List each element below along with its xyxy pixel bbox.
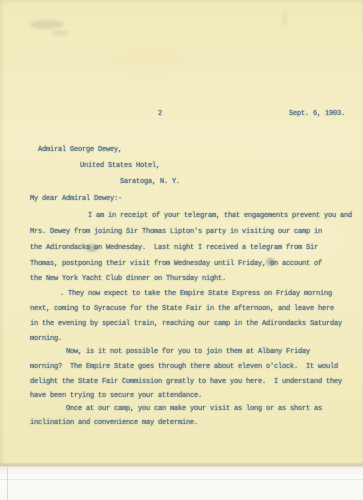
- body-p3-line3: delight the State Fair Commission greatl…: [30, 378, 342, 387]
- paper-streak: [283, 10, 287, 26]
- body-p1-line5: the New York Yacht Club dinner on Thursd…: [30, 275, 226, 284]
- body-p1-line2: Mrs. Dewey from joining Sir Thomas Lipto…: [30, 228, 322, 237]
- letter-paper: 2 Sept. 6, 1903. Admiral George Dewey, U…: [0, 0, 363, 466]
- body-p2-line3: in the evening by special train, reachin…: [30, 320, 342, 329]
- body-p2-line2: next, coming to Syracuse for the State F…: [30, 305, 334, 314]
- date-line: Sept. 6, 1903.: [289, 110, 345, 119]
- scan-artifact-line: [0, 479, 363, 480]
- body-p3-line2: morning? The Empire State goes through t…: [30, 363, 338, 372]
- scanner-background: [0, 467, 363, 500]
- pencil-smudge: [30, 20, 64, 29]
- scan-artifact-line: [7, 467, 8, 500]
- body-p3-line4: have been trying to secure your attendan…: [30, 392, 202, 401]
- body-p3-line1: Now, is it not possible for you to join …: [66, 348, 310, 357]
- body-p1-line1: I am in receipt of your telegram, that e…: [88, 212, 352, 221]
- recipient-name: Admiral George Dewey,: [38, 146, 122, 155]
- recipient-hotel: United States Hotel,: [80, 162, 160, 171]
- scanned-letter-page: 2 Sept. 6, 1903. Admiral George Dewey, U…: [0, 0, 363, 500]
- body-p2-line1: . They now expect to take the Empire Sta…: [60, 290, 332, 299]
- salutation: My dear Admiral Dewey:-: [30, 195, 122, 204]
- body-p2-line4: morning.: [30, 335, 62, 344]
- pencil-smudge: [52, 30, 68, 36]
- body-p4-line1: Once at our camp, you can make your visi…: [66, 405, 322, 414]
- recipient-city: Saratoga, N. Y.: [120, 178, 180, 187]
- page-number: 2: [158, 110, 162, 119]
- body-p1-line4: Thomas, postponing their visit from Wedn…: [30, 260, 322, 269]
- body-p4-line2: inclination and convenience may determin…: [30, 419, 198, 428]
- body-p1-line3: the Adirondacks on Wednesday. Last night…: [30, 244, 318, 253]
